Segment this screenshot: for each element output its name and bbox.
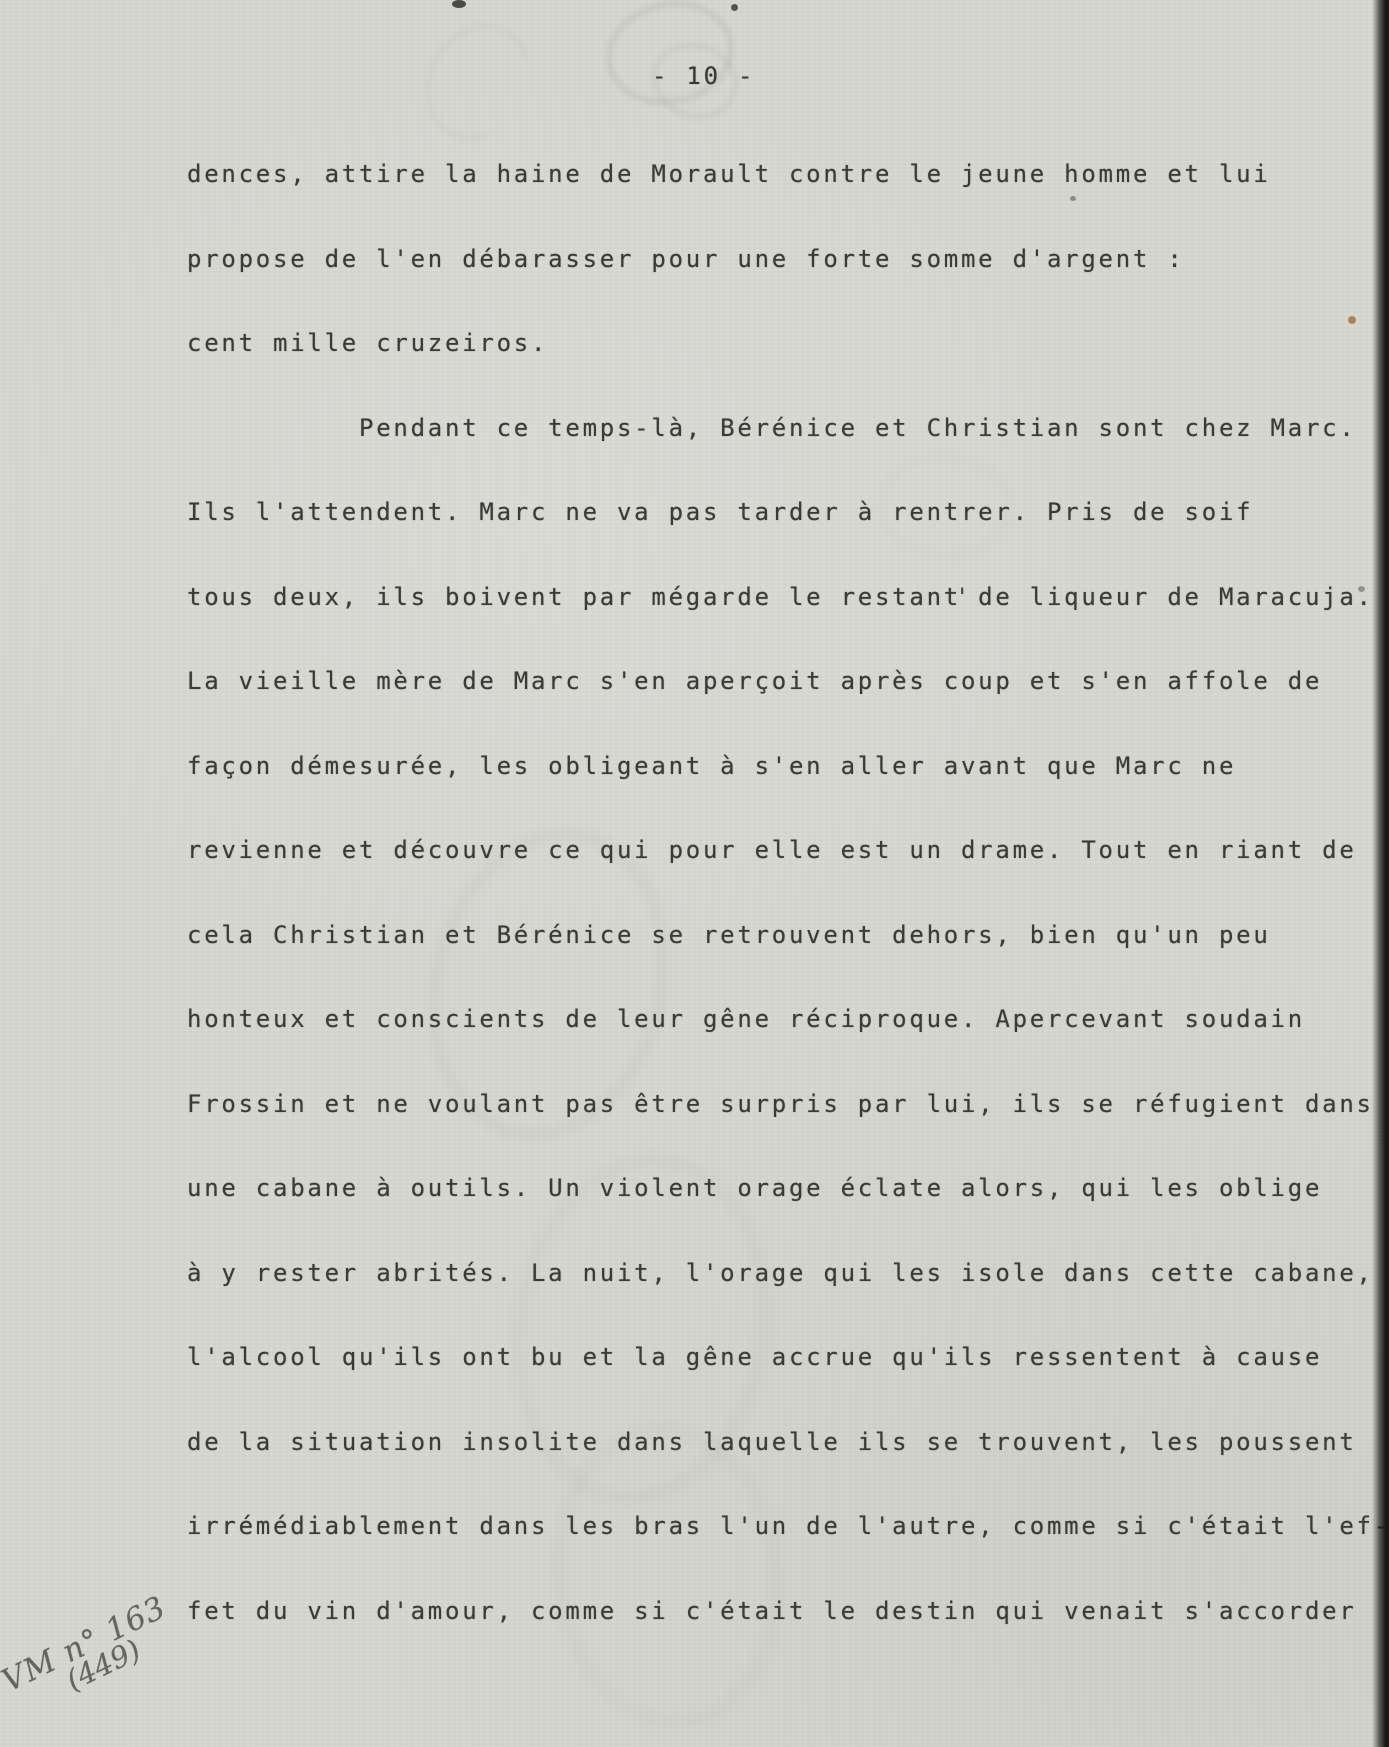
typed-line: irrémédiablement dans les bras l'un de l… — [187, 1514, 1389, 1538]
typed-line: Frossin et ne voulant pas être surpris p… — [187, 1092, 1389, 1116]
typed-line: cent mille cruzeiros. — [187, 331, 1389, 355]
scanner-edge-shadow — [1372, 0, 1389, 1747]
show-through-mark — [597, 0, 743, 116]
typed-line: honteux et conscients de leur gêne récip… — [187, 1007, 1389, 1031]
typed-line: l'alcool qu'ils ont bu et la gêne accrue… — [187, 1345, 1389, 1369]
typed-text-block: dences, attire la haine de Morault contr… — [187, 162, 1389, 1683]
typed-line: Pendant ce temps-là, Bérénice et Christi… — [187, 416, 1389, 440]
typed-line: façon démesurée, les obligeant à s'en al… — [187, 754, 1389, 778]
scanned-page: - 10 - dences, attire la haine de Moraul… — [0, 0, 1389, 1747]
typed-line: cela Christian et Bérénice se retrouvent… — [187, 923, 1389, 947]
ink-speck — [452, 0, 466, 8]
show-through-mark — [406, 6, 551, 159]
ink-speck — [731, 4, 738, 11]
handwritten-archive-note: VM n° 163 (449) — [0, 1589, 183, 1723]
typed-line: à y rester abrités. La nuit, l'orage qui… — [187, 1261, 1389, 1285]
typed-line: de la situation insolite dans laquelle i… — [187, 1430, 1389, 1454]
typed-line: revienne et découvre ce qui pour elle es… — [187, 838, 1389, 862]
typed-line: tous deux, ils boivent par mégarde le re… — [187, 585, 1389, 609]
typed-line: La vieille mère de Marc s'en aperçoit ap… — [187, 669, 1389, 693]
typed-line: Ils l'attendent. Marc ne va pas tarder à… — [187, 500, 1389, 524]
typed-line: fet du vin d'amour, comme si c'était le … — [187, 1599, 1389, 1623]
typed-line: dences, attire la haine de Morault contr… — [187, 162, 1389, 186]
typed-line: une cabane à outils. Un violent orage éc… — [187, 1176, 1389, 1200]
page-number: - 10 - — [652, 62, 755, 90]
stray-typed-tick: ' — [955, 583, 969, 611]
typed-line: propose de l'en débarasser pour une fort… — [187, 247, 1389, 271]
